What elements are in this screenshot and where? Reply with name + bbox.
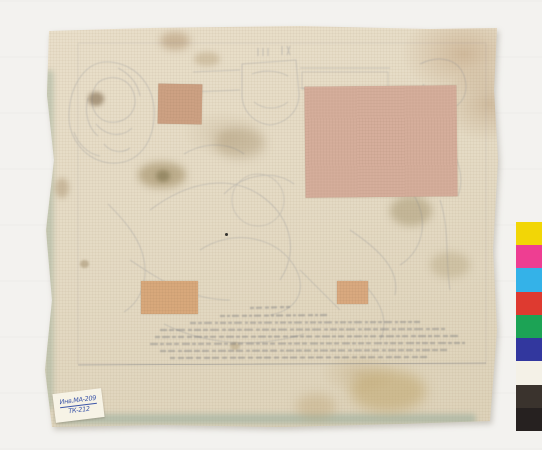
magenta-swatch bbox=[516, 245, 542, 268]
repair-patch-lower-left bbox=[141, 281, 198, 314]
repair-patch-large-upper-right bbox=[304, 85, 457, 198]
textile-wrapper: Инв.МА-209 ТК-212 bbox=[44, 24, 502, 430]
black-swatch bbox=[516, 408, 542, 431]
cyan-swatch bbox=[516, 268, 542, 291]
blue-swatch bbox=[516, 338, 542, 361]
dark-gray-swatch bbox=[516, 385, 542, 408]
inventory-number-line2: ТК-212 bbox=[68, 406, 90, 416]
museum-photograph: Инв.МА-209 ТК-212 bbox=[0, 0, 542, 450]
repair-patch-lower-center bbox=[337, 281, 368, 304]
red-swatch bbox=[516, 292, 542, 315]
inventory-label: Инв.МА-209 ТК-212 bbox=[52, 388, 104, 423]
textile-verso: Инв.МА-209 ТК-212 bbox=[44, 24, 502, 430]
green-swatch bbox=[516, 315, 542, 338]
color-calibration-bar bbox=[516, 222, 542, 431]
yellow-swatch bbox=[516, 222, 542, 245]
white-swatch bbox=[516, 361, 542, 384]
repair-patch-small-upper-left bbox=[158, 84, 203, 125]
